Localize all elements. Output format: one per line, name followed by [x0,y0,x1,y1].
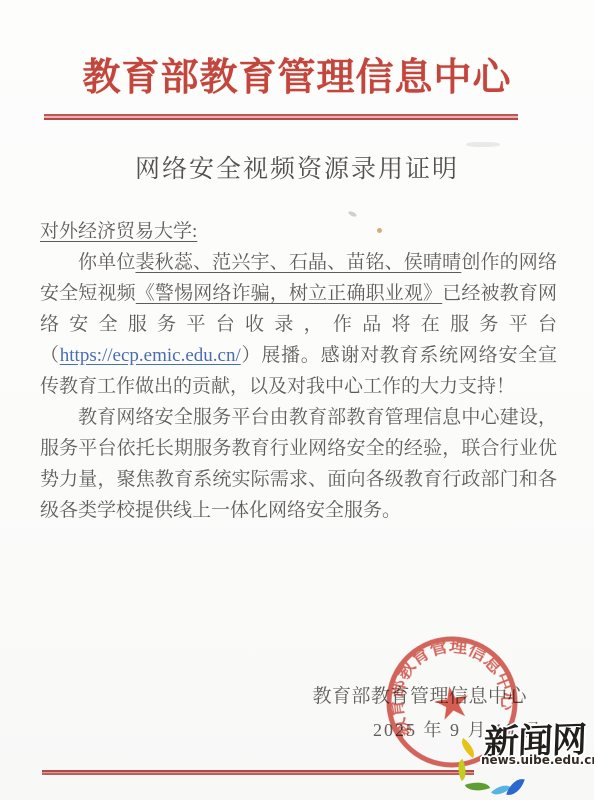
document-title: 网络安全视频资源录用证明 [0,149,594,185]
footer-rule [42,770,474,775]
leaf-icon-green [465,778,490,796]
paragraph-2: 教育网络安全服务平台由教育部教育管理信息中心建设，服务平台依托长期服务教育行业网… [40,402,557,526]
news-watermark-url: news.uibe.edu.cn [481,753,593,767]
scan-speck [466,142,500,147]
p1-text-lead: 你单位 [78,252,136,273]
p1-creator-names: 裴秋蕊、范兴宇、石晶、苗铭、侯晴晴 [136,252,462,273]
header-rule [44,114,518,120]
salutation: 对外经济贸易大学: [40,216,197,247]
paragraph-1: 你单位裴秋蕊、范兴宇、石晶、苗铭、侯晴晴创作的网络安全短视频《警惕网络诈骗，树立… [40,247,557,402]
document-body: 对外经济贸易大学: 你单位裴秋蕊、范兴宇、石晶、苗铭、侯晴晴创作的网络安全短视频… [40,216,557,526]
leaf-icon-blue [506,775,525,798]
scan-speck [377,228,382,233]
letterhead-org-title: 教育部教育管理信息中心 [0,46,594,101]
certificate-page: 教育部教育管理信息中心 网络安全视频资源录用证明 对外经济贸易大学: 你单位裴秋… [0,0,594,800]
p1-video-title: 《警惕网络诈骗，树立正确职业观》 [136,283,442,304]
platform-url-link[interactable]: https://ecp.emic.edu.cn/ [60,345,241,366]
star-icon: ★ [428,675,476,732]
